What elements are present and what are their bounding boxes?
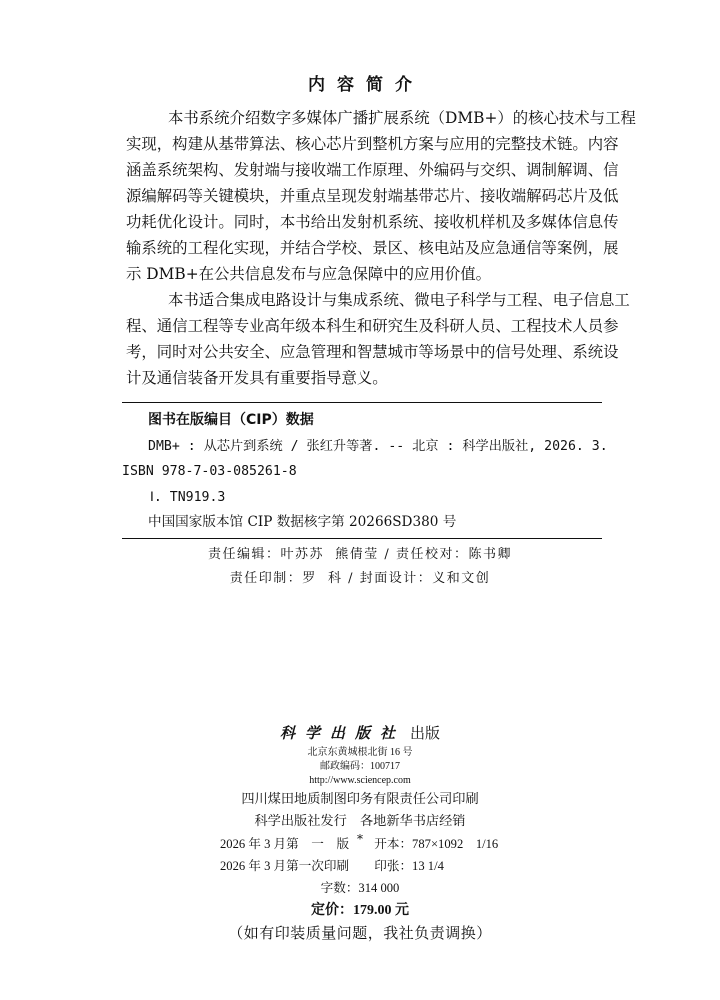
cip-record: DMB+ : 从芯片到系统 / 张红升等著. -- 北京 : 科学出版社, 20… — [122, 434, 602, 460]
cip-verification: 中国国家版本馆 CIP 数据核字第 20266SD380 号 — [122, 510, 602, 536]
intro-line: 本书系统介绍数字多媒体广播扩展系统（DMB+）的核心技术与工程 — [126, 105, 602, 131]
cip-bottom-rule — [122, 538, 602, 539]
publisher-postcode: 邮政编码：100717 — [0, 760, 720, 774]
intro-line: 实现，构建从基带算法、核心芯片到整机方案与应用的完整技术链。内容 — [126, 131, 602, 157]
credits-editors: 责任编辑：叶苏苏 熊倩莹 / 责任校对：陈书卿 — [0, 543, 720, 567]
credits-block: 责任编辑：叶苏苏 熊倩莹 / 责任校对：陈书卿 责任印制：罗 科 / 封面设计：… — [0, 543, 720, 591]
publisher-website: http://www.sciencep.com — [0, 774, 720, 788]
cip-top-rule — [122, 402, 602, 403]
intro-body: 本书系统介绍数字多媒体广播扩展系统（DMB+）的核心技术与工程 实现，构建从基带… — [126, 105, 602, 391]
distribution-info: 科学出版社发行 各地新华书店经销 — [0, 810, 720, 832]
printing-line: 2026 年 3 月第一次印刷 印张：13 1/4 — [0, 855, 720, 877]
publisher-name-row: 科学出版社 出版 — [0, 720, 720, 746]
publisher-address: 北京东黄城根北街 16 号 — [0, 746, 720, 760]
credits-production: 责任印制：罗 科 / 封面设计：义和文创 — [0, 567, 720, 591]
intro-paragraph-1: 本书系统介绍数字多媒体广播扩展系统（DMB+）的核心技术与工程 实现，构建从基带… — [126, 105, 602, 287]
price: 定价：179.00 元 — [0, 899, 720, 922]
publisher-logo-text: 科学出版社 — [280, 724, 405, 742]
intro-line: 涵盖系统架构、发射端与接收端工作原理、外编码与交织、调制解调、信 — [126, 157, 602, 183]
intro-line: 本书适合集成电路设计与集成系统、微电子科学与工程、电子信息工 — [126, 287, 602, 313]
edition-line: 2026 年 3 月第 一 版 开本：787×1092 1/16 — [0, 833, 720, 855]
copyright-page: 内容简介 本书系统介绍数字多媒体广播扩展系统（DMB+）的核心技术与工程 实现，… — [0, 0, 720, 1000]
intro-line: 源编解码等关键模块，并重点呈现发射端基带芯片、接收端解码芯片及低 — [126, 183, 602, 209]
intro-line: 输系统的工程化实现，并结合学校、景区、核电站及应急通信等案例，展 — [126, 235, 602, 261]
printer-info: 四川煤田地质制图印务有限责任公司印刷 — [0, 788, 720, 810]
word-count: 字数：314 000 — [0, 877, 720, 899]
intro-line: 功耗优化设计。同时，本书给出发射机系统、接收机样机及多媒体信息传 — [126, 209, 602, 235]
quality-notice: （如有印装质量问题，我社负责调换） — [0, 922, 720, 946]
publisher-block: 科学出版社 出版 北京东黄城根北街 16 号 邮政编码：100717 http:… — [0, 720, 720, 846]
intro-line: 示 DMB+在公共信息发布与应急保障中的应用价值。 — [126, 261, 602, 287]
intro-line: 计及通信装备开发具有重要指导意义。 — [126, 365, 602, 391]
cip-isbn: ISBN 978-7-03-085261-8 — [122, 459, 602, 485]
cip-heading: 图书在版编目（CIP）数据 — [122, 408, 602, 434]
intro-line: 程、通信工程等专业高年级本科生和研究生及科研人员、工程技术人员参 — [126, 313, 602, 339]
cip-classification: Ⅰ. TN919.3 — [122, 485, 602, 511]
publisher-suffix: 出版 — [410, 724, 440, 742]
intro-paragraph-2: 本书适合集成电路设计与集成系统、微电子科学与工程、电子信息工 程、通信工程等专业… — [126, 287, 602, 391]
edition-specs: 2026 年 3 月第 一 版 开本：787×1092 1/16 2026 年 … — [0, 833, 720, 946]
cip-block: 图书在版编目（CIP）数据 DMB+ : 从芯片到系统 / 张红升等著. -- … — [122, 408, 602, 536]
intro-title: 内容简介 — [0, 70, 720, 95]
intro-line: 考，同时对公共安全、应急管理和智慧城市等场景中的信号处理、系统设 — [126, 339, 602, 365]
